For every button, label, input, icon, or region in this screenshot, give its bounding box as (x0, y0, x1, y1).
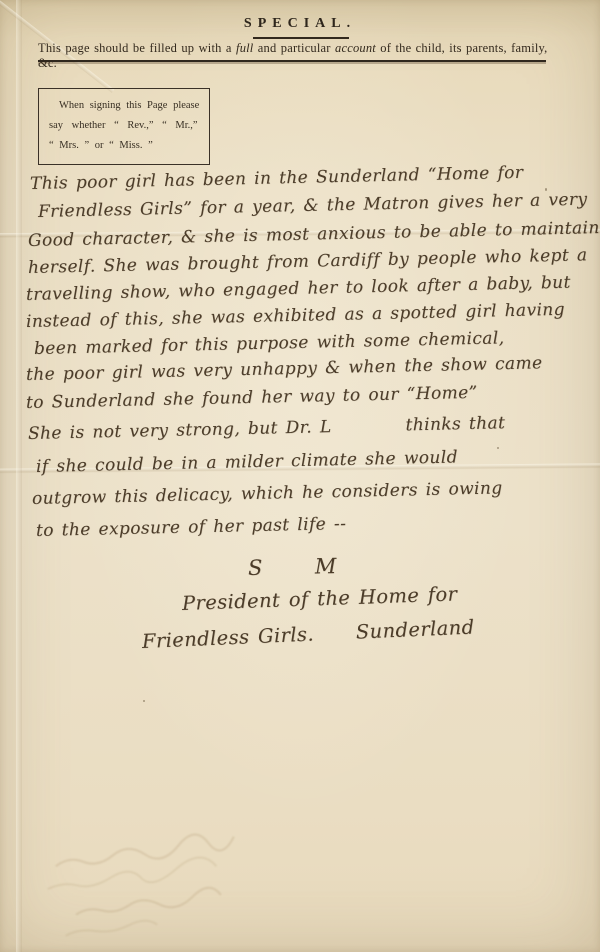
fold-crease-left (16, 0, 22, 952)
handwritten-line: been marked for this purpose with some c… (34, 328, 505, 359)
instruction-mid: and particular (253, 41, 335, 55)
page-title: SPECIAL. (0, 16, 600, 32)
signature-initials: S M (248, 554, 337, 580)
bleed-through-marks (14, 823, 312, 952)
handwritten-line: outgrow this delicacy, which he consider… (32, 478, 503, 509)
signature-gap (263, 554, 316, 579)
signing-note-box: When signing this Page please say whethe… (38, 88, 210, 165)
handwriting-gap (331, 415, 405, 437)
handwritten-line: the poor girl was very unhappy & when th… (26, 353, 543, 385)
signature-role-line2: Friendless Girls. Sunderland (141, 615, 474, 652)
instruction-prefix: This page should be filled up with a (38, 41, 236, 55)
handwritten-line: She is not very strong, but Dr. L thinks… (28, 413, 506, 444)
handwritten-line: This poor girl has been in the Sunderlan… (30, 163, 524, 194)
signature-initial-right: M (315, 554, 337, 578)
title-underline (253, 37, 349, 39)
handwritten-line: instead of this, she was exhibited as a … (26, 300, 565, 332)
handwritten-line: travelling show, who engaged her to look… (26, 273, 571, 305)
handwritten-line: to the exposure of her past life -- (36, 514, 347, 541)
signature-place: Sunderland (355, 615, 475, 643)
instruction-italic-full: full (236, 41, 253, 55)
instruction-line: This page should be filled up with a ful… (38, 41, 563, 71)
handwritten-line-left: She is not very strong, but Dr. L (28, 417, 332, 444)
signature-role-line1: President of the Home for (182, 582, 458, 615)
signature-gap (313, 621, 356, 646)
signing-note-line: say whether “ Rev.,” “ Mr.,” (49, 116, 199, 136)
signing-note-line: “ Mrs. ” or “ Miss. ” (49, 136, 199, 156)
paper-speck (143, 700, 145, 702)
handwritten-line: if she could be in a milder climate she … (36, 447, 458, 477)
instruction-italic-account: account (335, 41, 376, 55)
paper-speck (497, 447, 499, 449)
handwritten-line: to Sunderland she found her way to our “… (26, 383, 478, 413)
handwritten-line-right: thinks that (405, 413, 505, 435)
signing-note-line: When signing this Page please (49, 96, 199, 116)
signature-initial-left: S (248, 556, 263, 580)
document-page: SPECIAL. This page should be filled up w… (0, 0, 600, 952)
handwritten-line: herself. She was brought from Cardiff by… (28, 245, 588, 278)
handwritten-line: Friendless Girls” for a year, & the Matr… (38, 190, 588, 222)
header-rule (38, 60, 546, 62)
signature-role-text: Friendless Girls. (141, 623, 314, 653)
